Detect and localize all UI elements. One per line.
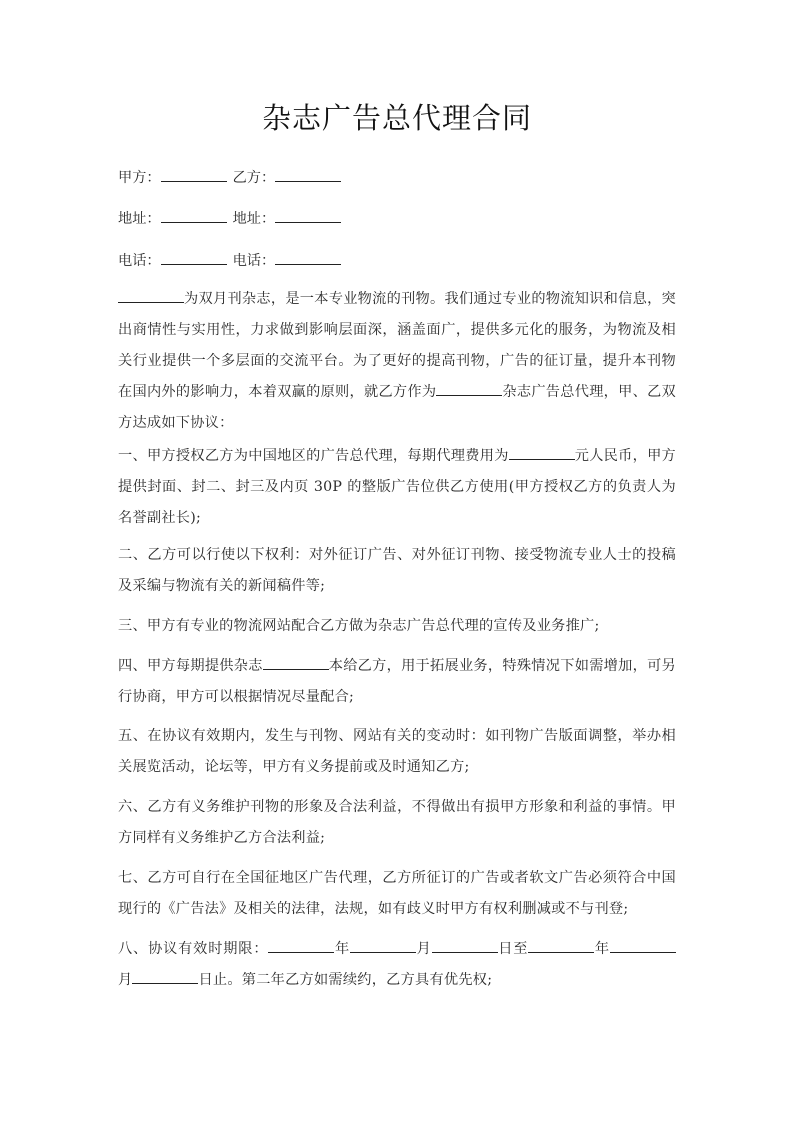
end-month-blank[interactable]	[610, 939, 676, 953]
clause-4: 四、甲方每期提供杂志本给乙方，用于拓展业务，特殊情况下如需增加，可另行协商，甲方…	[118, 651, 676, 713]
month-label: 月	[416, 941, 432, 957]
address-a-blank[interactable]	[161, 209, 227, 223]
party-a-label: 甲方：	[118, 170, 161, 186]
clause-8-prefix: 八、协议有效时期限：	[118, 941, 268, 957]
start-month-blank[interactable]	[350, 939, 416, 953]
phone-a-label: 电话：	[118, 253, 161, 269]
address-b-label: 地址：	[233, 211, 276, 227]
phone-a-blank[interactable]	[161, 251, 227, 265]
party-a-blank[interactable]	[161, 168, 227, 182]
end-day-blank[interactable]	[132, 970, 198, 984]
copies-blank[interactable]	[263, 656, 329, 670]
year-label-2: 年	[594, 941, 610, 957]
clause-2: 二、乙方可以行使以下权利：对外征订广告、对外征订刊物、接受物流专业人士的投稿及采…	[118, 540, 676, 602]
end-year-blank[interactable]	[528, 939, 594, 953]
party-b-label: 乙方：	[233, 170, 276, 186]
clause-6: 六、乙方有义务维护刊物的形象及合法利益，不得做出有损甲方形象和利益的事情。甲方同…	[118, 792, 676, 854]
clause-1: 一、甲方授权乙方为中国地区的广告总代理，每期代理费用为元人民币，甲方提供封面、封…	[118, 441, 676, 534]
magazine-name-blank-2[interactable]	[436, 382, 502, 396]
clause-4-text-1: 四、甲方每期提供杂志	[118, 658, 263, 674]
start-day-blank[interactable]	[432, 939, 498, 953]
clause-3: 三、甲方有专业的物流网站配合乙方做为杂志广告总代理的宣传及业务推广;	[118, 611, 676, 642]
day-to-label: 日至	[498, 941, 529, 957]
clause-8-suffix: 日止。第二年乙方如需续约，乙方具有优先权;	[198, 972, 492, 988]
month-label-2: 月	[118, 972, 132, 988]
phone-b-label: 电话：	[233, 253, 276, 269]
agency-fee-blank[interactable]	[509, 446, 575, 460]
magazine-name-blank[interactable]	[118, 289, 184, 303]
start-year-blank[interactable]	[268, 939, 334, 953]
address-b-blank[interactable]	[275, 209, 341, 223]
address-row: 地址：地址：	[118, 209, 341, 229]
page-title: 杂志广告总代理合同	[118, 96, 676, 137]
clause-5: 五、在协议有效期内，发生与刊物、网站有关的变动时：如刊物广告版面调整，举办相关展…	[118, 721, 676, 783]
year-label: 年	[334, 941, 350, 957]
party-row: 甲方：乙方：	[118, 168, 341, 188]
clause-1-text-1: 一、甲方授权乙方为中国地区的广告总代理，每期代理费用为	[118, 448, 509, 464]
clause-8: 八、协议有效时期限：年月日至年月日止。第二年乙方如需续约，乙方具有优先权;	[118, 934, 676, 996]
phone-row: 电话：电话：	[118, 251, 341, 271]
clause-7: 七、乙方可自行在全国征地区广告代理，乙方所征订的广告或者软文广告必须符合中国现行…	[118, 863, 676, 925]
intro-paragraph: 为双月刊杂志，是一本专业物流的刊物。我们通过专业的物流知识和信息，突出商情性与实…	[118, 284, 676, 439]
party-b-blank[interactable]	[275, 168, 341, 182]
phone-b-blank[interactable]	[275, 251, 341, 265]
address-a-label: 地址：	[118, 211, 161, 227]
